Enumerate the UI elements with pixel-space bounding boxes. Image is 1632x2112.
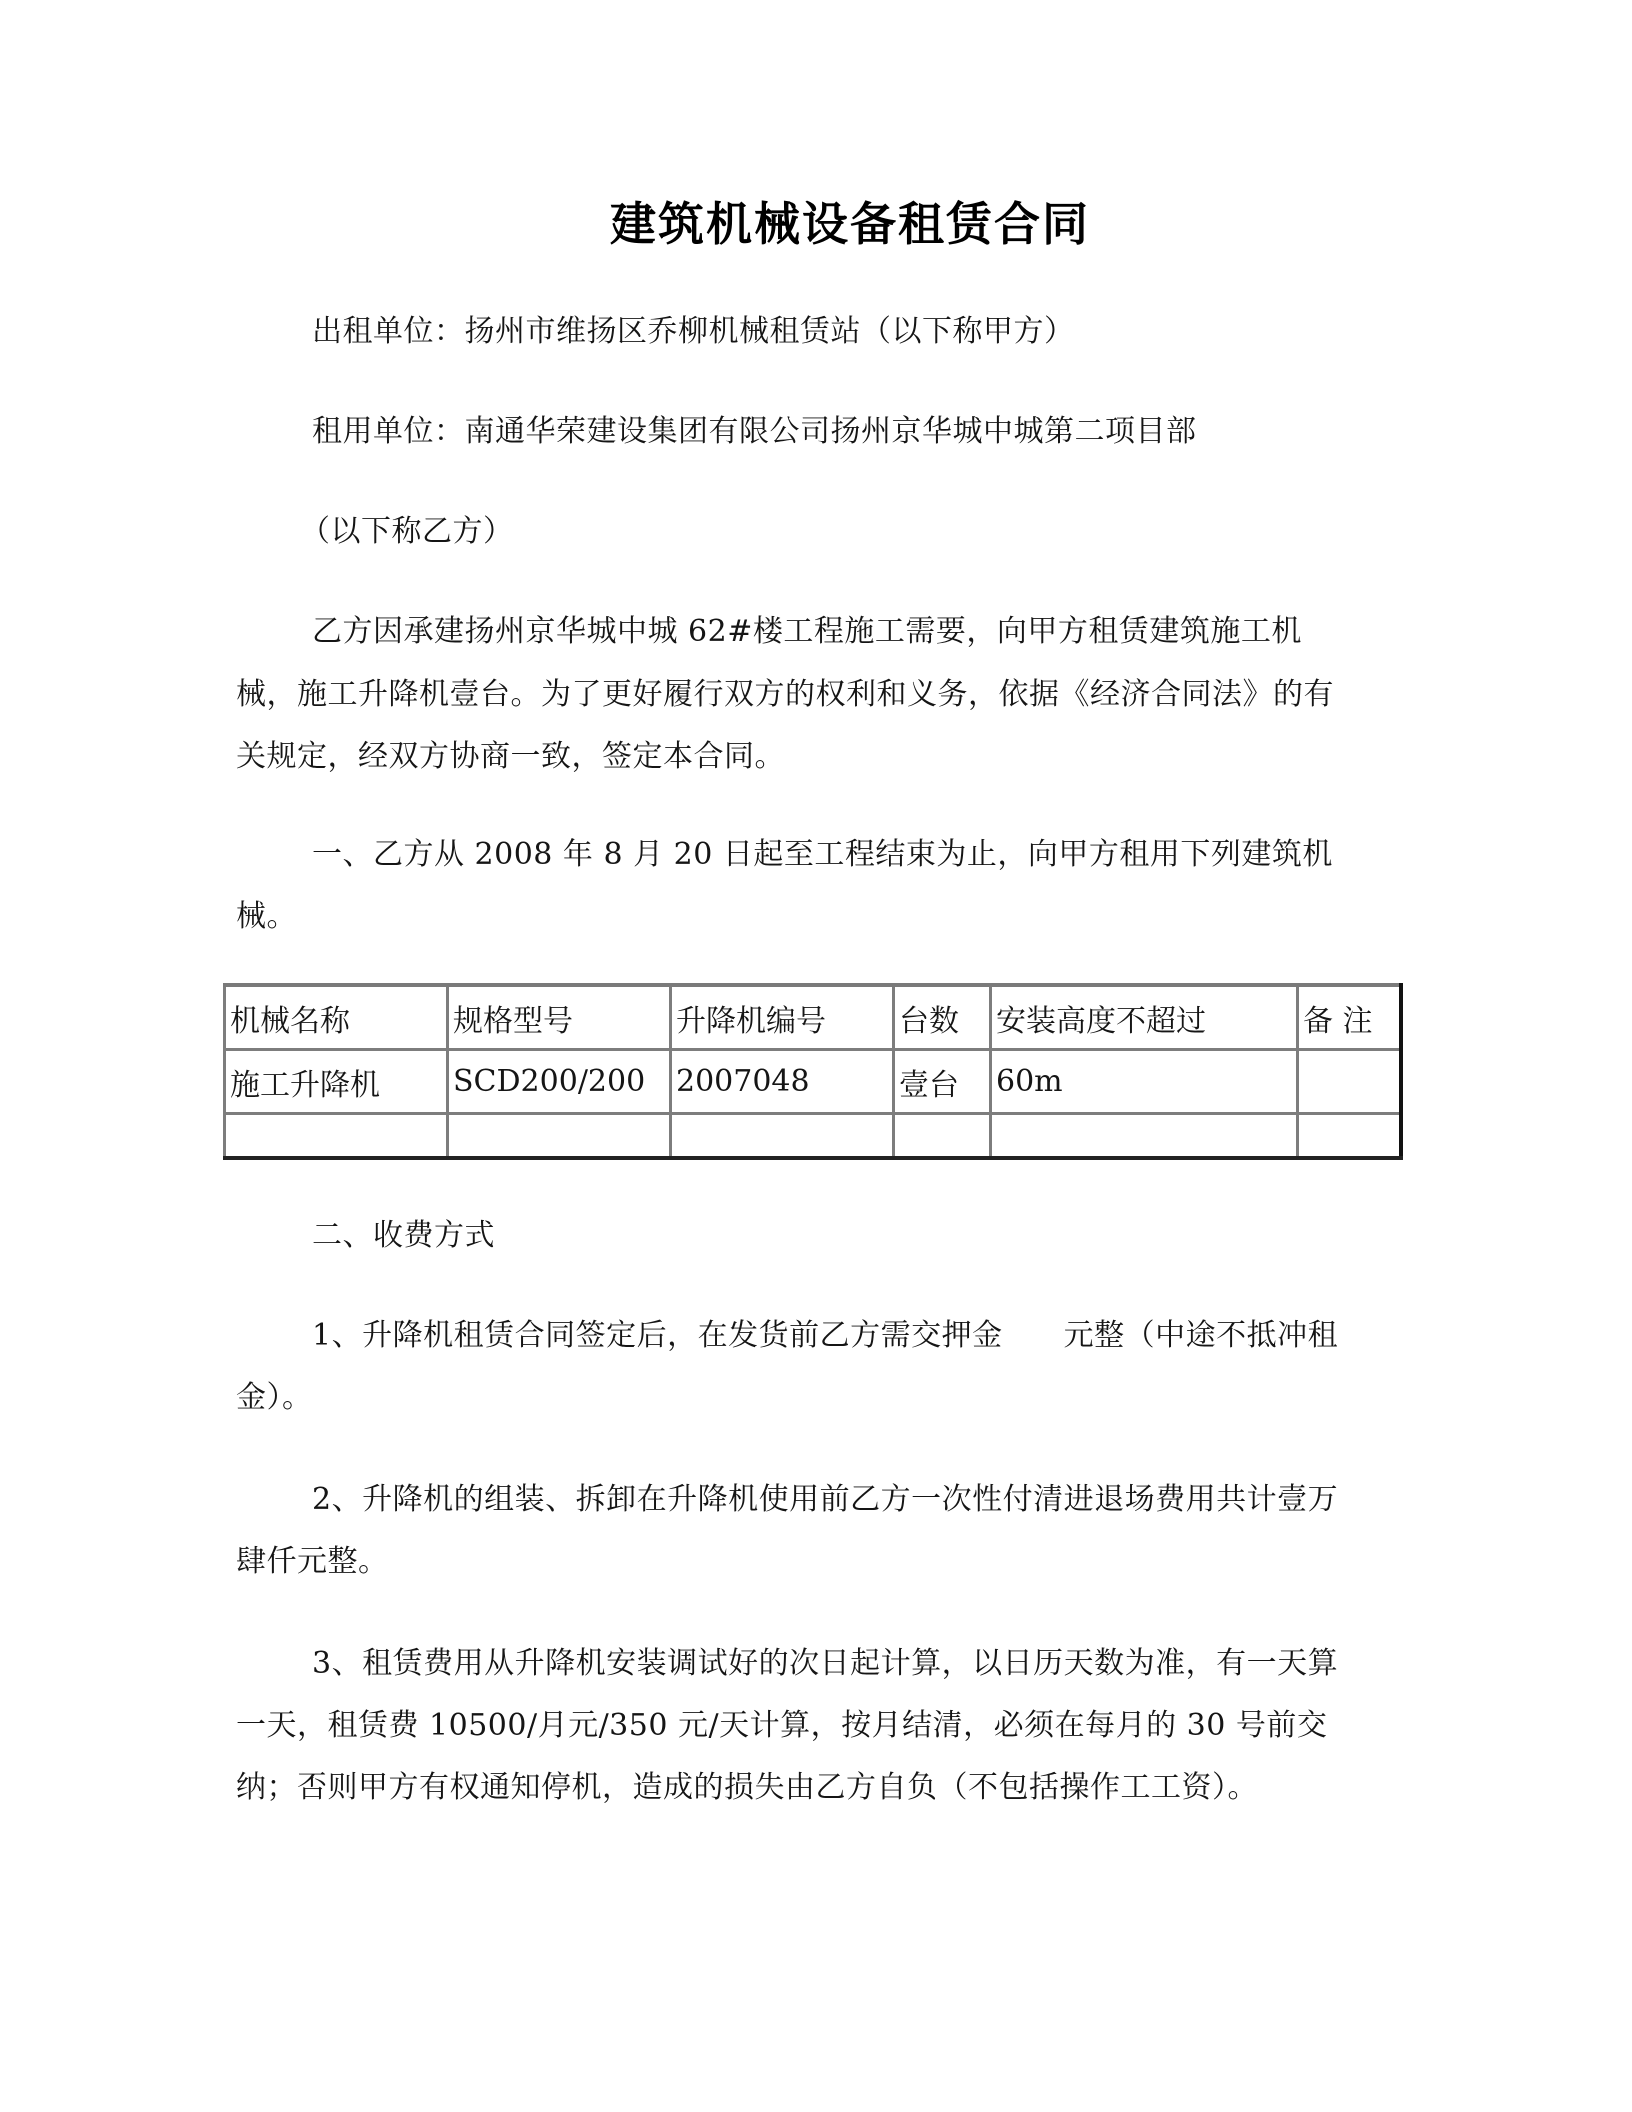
lessee-suffix: （以下称乙方）	[300, 512, 514, 552]
cell-remarks	[1298, 1050, 1402, 1114]
cell-hoist-number: 2007048	[671, 1050, 894, 1114]
table-row: 施工升降机 SCD200/200 2007048 壹台 60m	[225, 1050, 1402, 1114]
header-cell-machine-name: 机械名称	[225, 985, 448, 1050]
lessee-line: 租用单位：南通华荣建设集团有限公司扬州京华城中城第二项目部	[312, 412, 1197, 452]
header-cell-model: 规格型号	[448, 985, 671, 1050]
fee-item-line: 2、升降机的组装、拆卸在升降机使用前乙方一次性付清进退场费用共计壹万	[312, 1480, 1338, 1520]
header-cell-quantity: 台数	[894, 985, 991, 1050]
cell-empty	[991, 1114, 1298, 1159]
cell-machine-name: 施工升降机	[225, 1050, 448, 1114]
contract-page: 建筑机械设备租赁合同 出租单位：扬州市维扬区乔柳机械租赁站（以下称甲方） 租用单…	[0, 0, 1632, 2112]
cell-empty	[894, 1114, 991, 1159]
section-2-heading: 二、收费方式	[312, 1216, 495, 1256]
cell-empty	[671, 1114, 894, 1159]
header-cell-max-height: 安装高度不超过	[991, 985, 1298, 1050]
section-1-line: 一、乙方从 2008 年 8 月 20 日起至工程结束为止，向甲方租用下列建筑机	[312, 835, 1333, 875]
cell-empty	[225, 1114, 448, 1159]
equipment-table: 机械名称 规格型号 升降机编号 台数 安装高度不超过 备 注 施工升降机 SCD…	[223, 983, 1403, 1160]
fee-item-line: 1、升降机租赁合同签定后，在发货前乙方需交押金 元整（中途不抵冲租	[312, 1316, 1338, 1356]
fee-item-line: 3、租赁费用从升降机安装调试好的次日起计算，以日历天数为准，有一天算	[312, 1644, 1338, 1684]
cell-empty	[448, 1114, 671, 1159]
lessor-line: 出租单位：扬州市维扬区乔柳机械租赁站（以下称甲方）	[312, 312, 1075, 352]
table-row-empty	[225, 1114, 1402, 1159]
intro-line: 乙方因承建扬州京华城中城 62#楼工程施工需要，向甲方租赁建筑施工机	[312, 612, 1302, 652]
header-cell-hoist-number: 升降机编号	[671, 985, 894, 1050]
cell-empty	[1298, 1114, 1402, 1159]
intro-line: 械，施工升降机壹台。为了更好履行双方的权利和义务，依据《经济合同法》的有	[236, 675, 1334, 715]
cell-quantity: 壹台	[894, 1050, 991, 1114]
fee-item-line: 纳；否则甲方有权通知停机，造成的损失由乙方自负（不包括操作工工资）。	[236, 1768, 1258, 1808]
document-title: 建筑机械设备租赁合同	[0, 188, 1632, 254]
header-cell-remarks: 备 注	[1298, 985, 1402, 1050]
cell-model: SCD200/200	[448, 1050, 671, 1114]
fee-item-line: 金）。	[236, 1378, 313, 1418]
cell-max-height: 60m	[991, 1050, 1298, 1114]
fee-item-line: 一天，租赁费 10500/月元/350 元/天计算，按月结清，必须在每月的 30…	[236, 1706, 1327, 1746]
intro-line: 关规定，经双方协商一致，签定本合同。	[236, 737, 785, 777]
section-1-line: 械。	[236, 897, 297, 937]
table-header-row: 机械名称 规格型号 升降机编号 台数 安装高度不超过 备 注	[225, 985, 1402, 1050]
fee-item-line: 肆仟元整。	[236, 1542, 389, 1582]
